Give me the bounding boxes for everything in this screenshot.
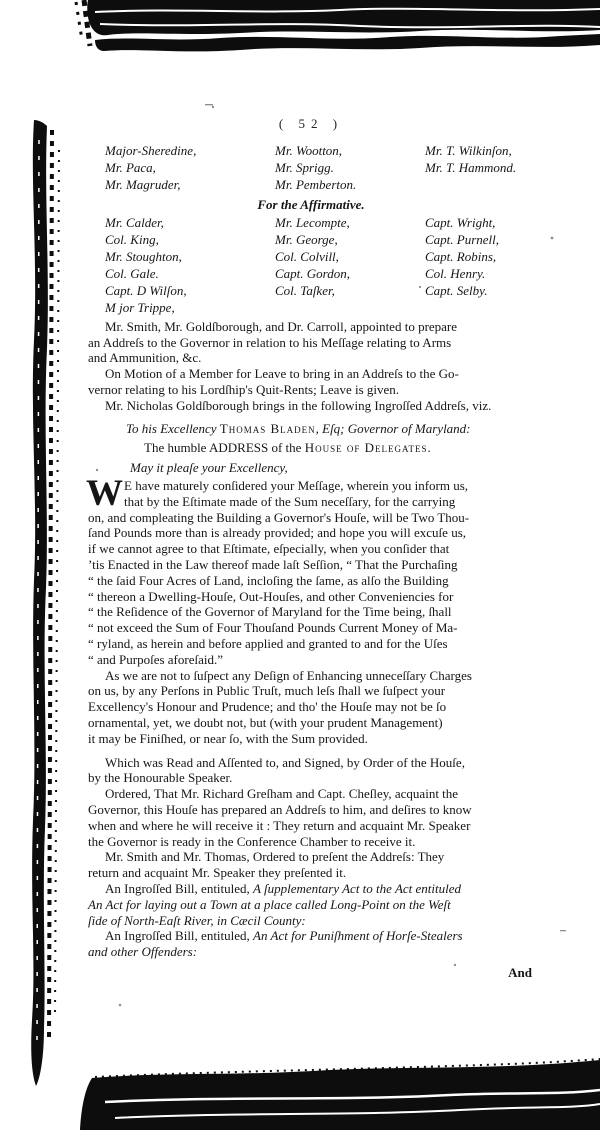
delegate-name: M jor Trippe, [105, 299, 275, 316]
delegate-name: Mr. T. Wilkinſon, [425, 142, 534, 159]
text-line: An Ingroſſed Bill, entituled, A ſuppleme… [88, 881, 534, 897]
address-salutation: To his Excellency Thomas Bladen, Eſq; Go… [88, 419, 534, 439]
text-line: and other Offenders: [88, 944, 534, 960]
vote-list-1-col1: Major-Sheredine, Mr. Paca, Mr. Magruder, [88, 142, 275, 193]
text-line: “ the Reſidence of the Governor of Maryl… [88, 604, 534, 620]
text-line: “ the ſaid Four Acres of Land, incloſing… [88, 573, 534, 589]
page-content: ( 52 ) Major-Sheredine, Mr. Paca, Mr. Ma… [88, 116, 534, 981]
drop-cap: W [86, 477, 123, 510]
vote-list-1: Major-Sheredine, Mr. Paca, Mr. Magruder,… [88, 142, 534, 193]
text-line: Governor, this Houſe has prepared an Add… [88, 802, 534, 818]
delegate-name: Mr. Lecompte, [275, 214, 425, 231]
delegate-name: Capt. Robins, [425, 248, 534, 265]
text-line: return and acquaint Mr. Speaker they pre… [88, 865, 534, 881]
text-line: on us, by any Perſons in Public Truſt, m… [88, 683, 534, 699]
text-line: on, and compleating the Building a Gover… [88, 510, 534, 526]
governor-name: Thomas Bladen [220, 421, 316, 436]
delegate-name: Mr. Calder, [105, 214, 275, 231]
text-line: ſand Pounds more than is already provide… [88, 525, 534, 541]
delegate-name: Mr. Wootton, [275, 142, 425, 159]
text-line: “ not exceed the Sum of Four Thouſand Po… [88, 620, 534, 636]
text-line: vernor relating to his Lordſhip's Quit-R… [88, 382, 534, 398]
text-line: if we cannot agree to that Eſtimate, eſp… [88, 541, 534, 557]
delegate-name: Capt. Selby. [425, 282, 534, 299]
paragraph-bill-supplementary: An Ingroſſed Bill, entituled, A ſuppleme… [88, 881, 534, 928]
text-line: An Act for laying out a Town at a place … [88, 897, 534, 913]
delegate-name: Major-Sheredine, [105, 142, 275, 159]
bill-title: A ſupplementary Act to the Act entituled [253, 881, 461, 896]
delegate-name: Capt. Gordon, [275, 265, 425, 282]
house-name: House of Delegates. [305, 440, 432, 455]
text-line: “ and Purpoſes aforeſaid.” [88, 652, 534, 668]
paragraph-ordered: Ordered, That Mr. Richard Greſham and Ca… [88, 786, 534, 849]
text-line: As we are not to ſuſpect any Deſign of E… [88, 668, 534, 684]
text-line: that by the Eſtimate made of the Sum nec… [88, 494, 534, 510]
text-line: Mr. Nicholas Goldſborough brings in the … [88, 398, 534, 414]
paragraph-assent: Which was Read and Aſſented to, and Sign… [88, 755, 534, 787]
text-line: by the Honourable Speaker. [88, 770, 534, 786]
salutation-prefix: To his Excellency [126, 421, 220, 436]
delegate-name: Col. Colvill, [275, 248, 425, 265]
address-title: The humble ADDRESS of the House of Deleg… [88, 438, 534, 458]
delegate-name: Col. Henry. [425, 265, 534, 282]
binding-strip [31, 120, 59, 1086]
salutation-suffix: , Eſq; Governor of Maryland: [316, 421, 471, 436]
address-title-prefix: The humble ADDRESS of the [144, 440, 305, 455]
address-heading-block: To his Excellency Thomas Bladen, Eſq; Go… [88, 419, 534, 478]
bill-lead: An Ingroſſed Bill, entituled, [105, 928, 253, 943]
delegate-name: Col. King, [105, 231, 275, 248]
affirmative-heading: For the Affirmative. [88, 196, 534, 213]
address-closing: As we are not to ſuſpect any Deſign of E… [88, 668, 534, 747]
delegate-name: Capt. Purnell, [425, 231, 534, 248]
delegate-name: Mr. Sprigg. [275, 159, 425, 176]
vote-list-2-col1: Mr. Calder, Col. King, Mr. Stoughton, Co… [88, 214, 275, 316]
text-line: and Ammunition, &c. [88, 350, 534, 366]
text-line: On Motion of a Member for Leave to bring… [88, 366, 534, 382]
text-line: ſide of North-Eaſt River, in Cæcil Count… [88, 913, 534, 929]
delegate-name: Mr. Stoughton, [105, 248, 275, 265]
text-line: ’tis Enacted in the Law thereof made laſ… [88, 557, 534, 573]
vote-list-2-col3: Capt. Wright, Capt. Purnell, Capt. Robin… [425, 214, 534, 316]
delegate-name: Mr. Pemberton. [275, 176, 425, 193]
text-line: “ thereon a Dwelling-Houſe, Out-Houſes, … [88, 589, 534, 605]
paragraph-brings-in: Mr. Nicholas Goldſborough brings in the … [88, 398, 534, 414]
text-line: when and where he will receive it : They… [88, 818, 534, 834]
delegate-name: Col. Gale. [105, 265, 275, 282]
bill-title: An Act for Puniſhment of Horſe-Stealers [253, 928, 463, 943]
bottom-scan-band [80, 1059, 600, 1130]
delegate-name: Mr. George, [275, 231, 425, 248]
vote-list-1-col3: Mr. T. Wilkinſon, Mr. T. Hammond. [425, 142, 534, 193]
text-line: the Governor is ready in the Conference … [88, 834, 534, 850]
vote-list-2-col2: Mr. Lecompte, Mr. George, Col. Colvill, … [275, 214, 425, 316]
delegate-name: Capt. D Wilſon, [105, 282, 275, 299]
text-line: Excellency's Honour and Prudence; and th… [88, 699, 534, 715]
delegate-name: Mr. T. Hammond. [425, 159, 534, 176]
text-line: An Ingroſſed Bill, entituled, An Act for… [88, 928, 534, 944]
vote-list-1-col2: Mr. Wootton, Mr. Sprigg. Mr. Pemberton. [275, 142, 425, 193]
paragraph-committee: Mr. Smith, Mr. Goldſborough, and Dr. Car… [88, 319, 534, 366]
text-line: Which was Read and Aſſented to, and Sign… [88, 755, 534, 771]
bill-lead: An Ingroſſed Bill, entituled, [105, 881, 253, 896]
paragraph-present: Mr. Smith and Mr. Thomas, Ordered to pre… [88, 849, 534, 881]
paragraph-bill-horse: An Ingroſſed Bill, entituled, An Act for… [88, 928, 534, 960]
text-line: Ordered, That Mr. Richard Greſham and Ca… [88, 786, 534, 802]
text-line: E have maturely conſidered your Meſſage,… [88, 478, 534, 494]
address-opening: May it pleaſe your Excellency, [88, 458, 534, 478]
text-line: ornamental, yet, we doubt not, but (with… [88, 715, 534, 731]
delegate-name: Col. Taſker, [275, 282, 425, 299]
top-scan-band [76, 0, 600, 51]
page-number: ( 52 ) [88, 116, 534, 132]
text-line: an Addreſs to the Governor in relation t… [88, 335, 534, 351]
text-line: Mr. Smith, Mr. Goldſborough, and Dr. Car… [88, 319, 534, 335]
delegate-name: Mr. Paca, [105, 159, 275, 176]
text-line: “ ryland, as herein and before applied a… [88, 636, 534, 652]
address-body: W E have maturely conſidered your Meſſag… [88, 478, 534, 668]
text-line: it may be Finiſhed, or near ſo, with the… [88, 731, 534, 747]
paragraph-motion: On Motion of a Member for Leave to bring… [88, 366, 534, 398]
delegate-name: Capt. Wright, [425, 214, 534, 231]
catchword: And [88, 965, 534, 981]
delegate-name: Mr. Magruder, [105, 176, 275, 193]
vote-list-2: Mr. Calder, Col. King, Mr. Stoughton, Co… [88, 214, 534, 316]
text-line: Mr. Smith and Mr. Thomas, Ordered to pre… [88, 849, 534, 865]
